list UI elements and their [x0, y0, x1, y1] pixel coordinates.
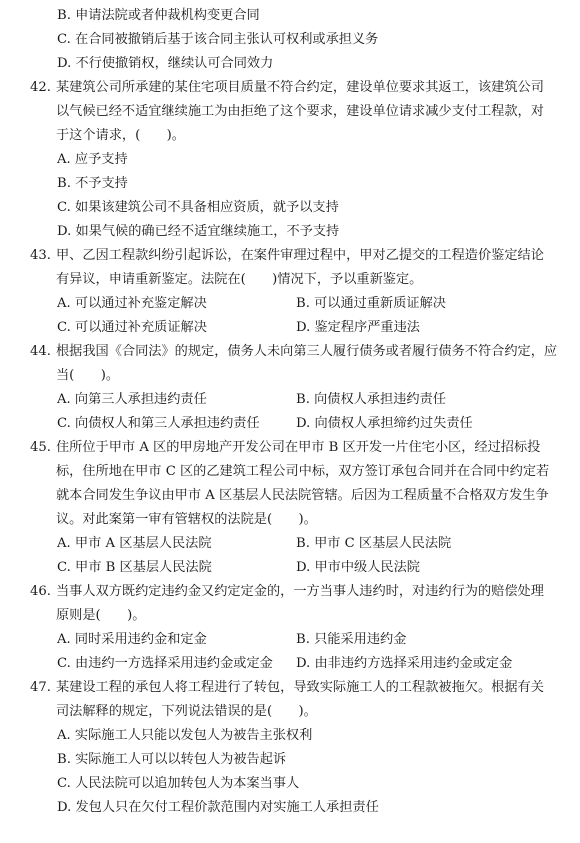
q42-stem-cont: 于这个请求，( )。	[56, 128, 185, 144]
q46-stem-cont: 原则是( )。	[56, 608, 145, 624]
q45-stem-cont: 标，住所地在甲市 C 区的乙建筑工程公司中标，双方签订承包合同并在合同中约定若	[56, 464, 549, 480]
q47-option-c: C. 人民法院可以追加转包人为本案当事人	[57, 776, 299, 792]
q46-option-b: B. 只能采用违约金	[296, 632, 406, 648]
q46-option-d: D. 由非违约方选择采用违约金或定金	[296, 656, 512, 672]
q44-option-c: C. 向债权人和第三人承担违约责任	[57, 416, 260, 432]
q46-option-a: A. 同时采用违约金和定金	[57, 632, 207, 648]
q42-option-b: B. 不予支持	[57, 176, 128, 192]
q45-stem-cont: 就本合同发生争议由甲市 A 区基层人民法院管辖。后因为工程质量不合格双方发生争	[56, 488, 549, 504]
q44-option-d: D. 向债权人承担缔约过失责任	[296, 416, 473, 432]
q46-option-c: C. 由违约一方选择采用违约金或定金	[57, 656, 273, 672]
q47-option-d: D. 发包人只在欠付工程价款范围内对实施工人承担责任	[57, 800, 379, 816]
q45-option-b: B. 甲市 C 区基层人民法院	[296, 536, 451, 552]
q47-number: 47.	[30, 680, 51, 696]
q44-option-a: A. 向第三人承担违约责任	[57, 392, 207, 408]
q45-stem: 住所位于甲市 A 区的甲房地产开发公司在甲市 B 区开发一片住宅小区，经过招标投	[56, 440, 540, 456]
q47-stem-cont: 司法解释的规定，下列说法错误的是( )。	[56, 704, 317, 720]
q44-stem-cont: 当( )。	[56, 368, 119, 384]
q45-option-d: D. 甲市中级人民法院	[296, 560, 420, 576]
q43-number: 43.	[30, 248, 51, 264]
q41-option-b: B. 申请法院或者仲裁机构变更合同	[57, 8, 260, 24]
q43-option-c: C. 可以通过补充质证解决	[57, 320, 207, 336]
q44-option-b: B. 向债权人承担违约责任	[296, 392, 446, 408]
q42-stem-cont: 以气候已经不适宜继续施工为由拒绝了这个要求，建设单位请求减少支付工程款，对	[56, 104, 544, 120]
q42-stem: 某建筑公司所承建的某住宅项目质量不符合约定，建设单位要求其返工，该建筑公司	[56, 80, 544, 96]
q42-option-c: C. 如果该建筑公司不具备相应资质，就予以支持	[57, 200, 339, 216]
q43-stem: 甲、乙因工程款纠纷引起诉讼，在案件审理过程中，甲对乙提交的工程造价鉴定结论	[56, 248, 544, 264]
q44-stem: 根据我国《合同法》的规定，债务人未向第三人履行债务或者履行债务不符合约定，应	[56, 344, 557, 360]
q47-option-a: A. 实际施工人只能以发包人为被告主张权利	[57, 728, 312, 744]
q47-stem: 某建设工程的承包人将工程进行了转包，导致实际施工人的工程款被拖欠。根据有关	[56, 680, 544, 696]
q42-option-a: A. 应予支持	[57, 152, 128, 168]
q42-number: 42.	[30, 80, 51, 96]
q47-option-b: B. 实际施工人可以以转包人为被告起诉	[57, 752, 286, 768]
q41-option-c: C. 在合同被撤销后基于该合同主张认可权利或承担义务	[57, 32, 378, 48]
q43-option-a: A. 可以通过补充鉴定解决	[57, 296, 207, 312]
q46-number: 46.	[30, 584, 51, 600]
q44-number: 44.	[30, 344, 51, 360]
q45-option-a: A. 甲市 A 区基层人民法院	[57, 536, 212, 552]
q43-option-b: B. 可以通过重新质证解决	[296, 296, 446, 312]
q43-option-d: D. 鉴定程序严重违法	[296, 320, 420, 336]
q45-option-c: C. 甲市 B 区基层人民法院	[57, 560, 212, 576]
q45-stem-cont: 议。对此案第一审有管辖权的法院是( )。	[56, 512, 317, 528]
q41-option-d: D. 不行使撤销权，继续认可合同效力	[57, 56, 273, 72]
q43-stem-cont: 有异议，申请重新鉴定。法院在( )情况下，予以重新鉴定。	[56, 272, 422, 288]
q45-number: 45.	[30, 440, 51, 456]
q46-stem: 当事人双方既约定违约金又约定定金的，一方当事人违约时，对违约行为的赔偿处理	[56, 584, 544, 600]
q42-option-d: D. 如果气候的确已经不适宜继续施工，不予支持	[57, 224, 339, 240]
